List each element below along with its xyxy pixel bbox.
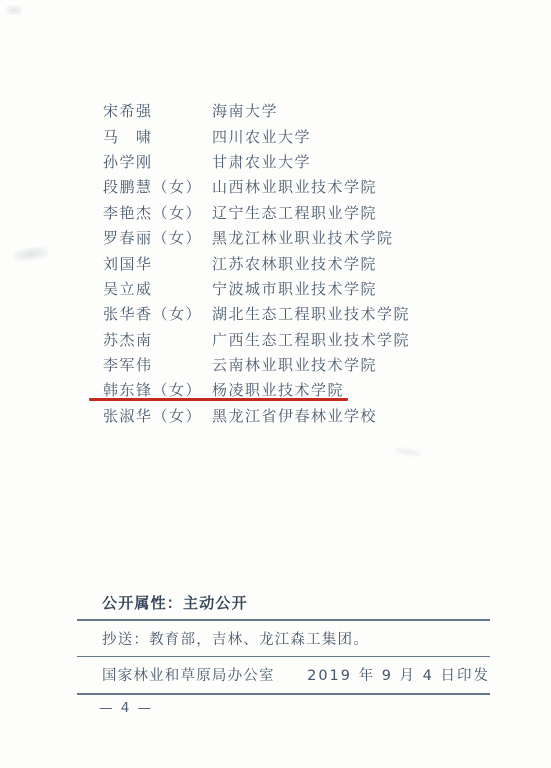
cc-line: 抄送：教育部，吉林、龙江森工集团。 <box>77 621 490 657</box>
print-date: 2019 年 9 月 4 日印发 <box>307 664 490 685</box>
recipient-list: 宋希强 海南大学 马 啸 四川农业大学 孙学刚 甘肃农业大学 段鹏慧（女） 山西… <box>103 98 410 428</box>
scan-smudge <box>6 5 22 15</box>
person-name: 罗春丽（女） <box>103 227 212 248</box>
person-name: 李军伟 <box>103 354 212 375</box>
list-item: 韩东锋（女） 杨凌职业技术学院 <box>103 377 410 402</box>
person-name: 宋希强 <box>103 100 212 121</box>
list-item: 苏杰南 广西生态工程职业技术学院 <box>103 327 410 352</box>
person-name: 李艳杰（女） <box>103 202 212 223</box>
list-item: 罗春丽（女） 黑龙江林业职业技术学院 <box>103 225 410 250</box>
institution-name: 山西林业职业技术学院 <box>212 176 377 197</box>
list-item: 李艳杰（女） 辽宁生态工程职业学院 <box>103 200 410 225</box>
person-name: 吴立威 <box>103 278 212 299</box>
list-item: 张淑华（女） 黑龙江省伊春林业学校 <box>103 403 410 428</box>
person-name: 苏杰南 <box>103 329 212 350</box>
person-name: 段鹏慧（女） <box>103 176 212 197</box>
person-name: 孙学刚 <box>103 151 212 172</box>
institution-name: 江苏农林职业技术学院 <box>212 253 377 274</box>
list-item: 李军伟 云南林业职业技术学院 <box>103 352 410 377</box>
list-item: 张华香（女） 湖北生态工程职业技术学院 <box>103 301 410 326</box>
list-item: 段鹏慧（女） 山西林业职业技术学院 <box>103 174 410 199</box>
red-underline-mark <box>89 398 348 401</box>
institution-name: 云南林业职业技术学院 <box>212 354 377 375</box>
institution-name: 甘肃农业大学 <box>212 151 311 172</box>
list-item: 吴立威 宁波城市职业技术学院 <box>103 276 410 301</box>
institution-name: 广西生态工程职业技术学院 <box>212 329 410 350</box>
institution-name: 黑龙江林业职业技术学院 <box>212 227 394 248</box>
list-item: 马 啸 四川农业大学 <box>103 123 410 148</box>
institution-name: 四川农业大学 <box>212 126 311 147</box>
institution-name: 辽宁生态工程职业学院 <box>212 202 377 223</box>
institution-name: 海南大学 <box>212 100 278 121</box>
document-footer: 公开属性：主动公开 抄送：教育部，吉林、龙江森工集团。 国家林业和草原局办公室 … <box>77 592 490 716</box>
scan-smudge <box>394 445 421 458</box>
institution-name: 黑龙江省伊春林业学校 <box>212 405 377 426</box>
document-page: 宋希强 海南大学 马 啸 四川农业大学 孙学刚 甘肃农业大学 段鹏慧（女） 山西… <box>0 0 551 768</box>
list-item: 刘国华 江苏农林职业技术学院 <box>103 250 410 275</box>
list-item: 孙学刚 甘肃农业大学 <box>103 149 410 174</box>
person-name: 张淑华（女） <box>103 405 212 426</box>
person-name: 马 啸 <box>103 126 212 147</box>
issuing-office: 国家林业和草原局办公室 <box>102 664 275 685</box>
person-name: 刘国华 <box>103 253 212 274</box>
scan-smudge <box>13 246 48 263</box>
institution-name: 湖北生态工程职业技术学院 <box>212 303 410 324</box>
page-number: — 4 — <box>77 695 490 716</box>
publicity-attribute: 公开属性：主动公开 <box>77 592 490 621</box>
person-name: 张华香（女） <box>103 303 212 324</box>
institution-name: 宁波城市职业技术学院 <box>212 278 377 299</box>
list-item: 宋希强 海南大学 <box>103 98 410 123</box>
issuer-line: 国家林业和草原局办公室 2019 年 9 月 4 日印发 <box>77 657 490 695</box>
